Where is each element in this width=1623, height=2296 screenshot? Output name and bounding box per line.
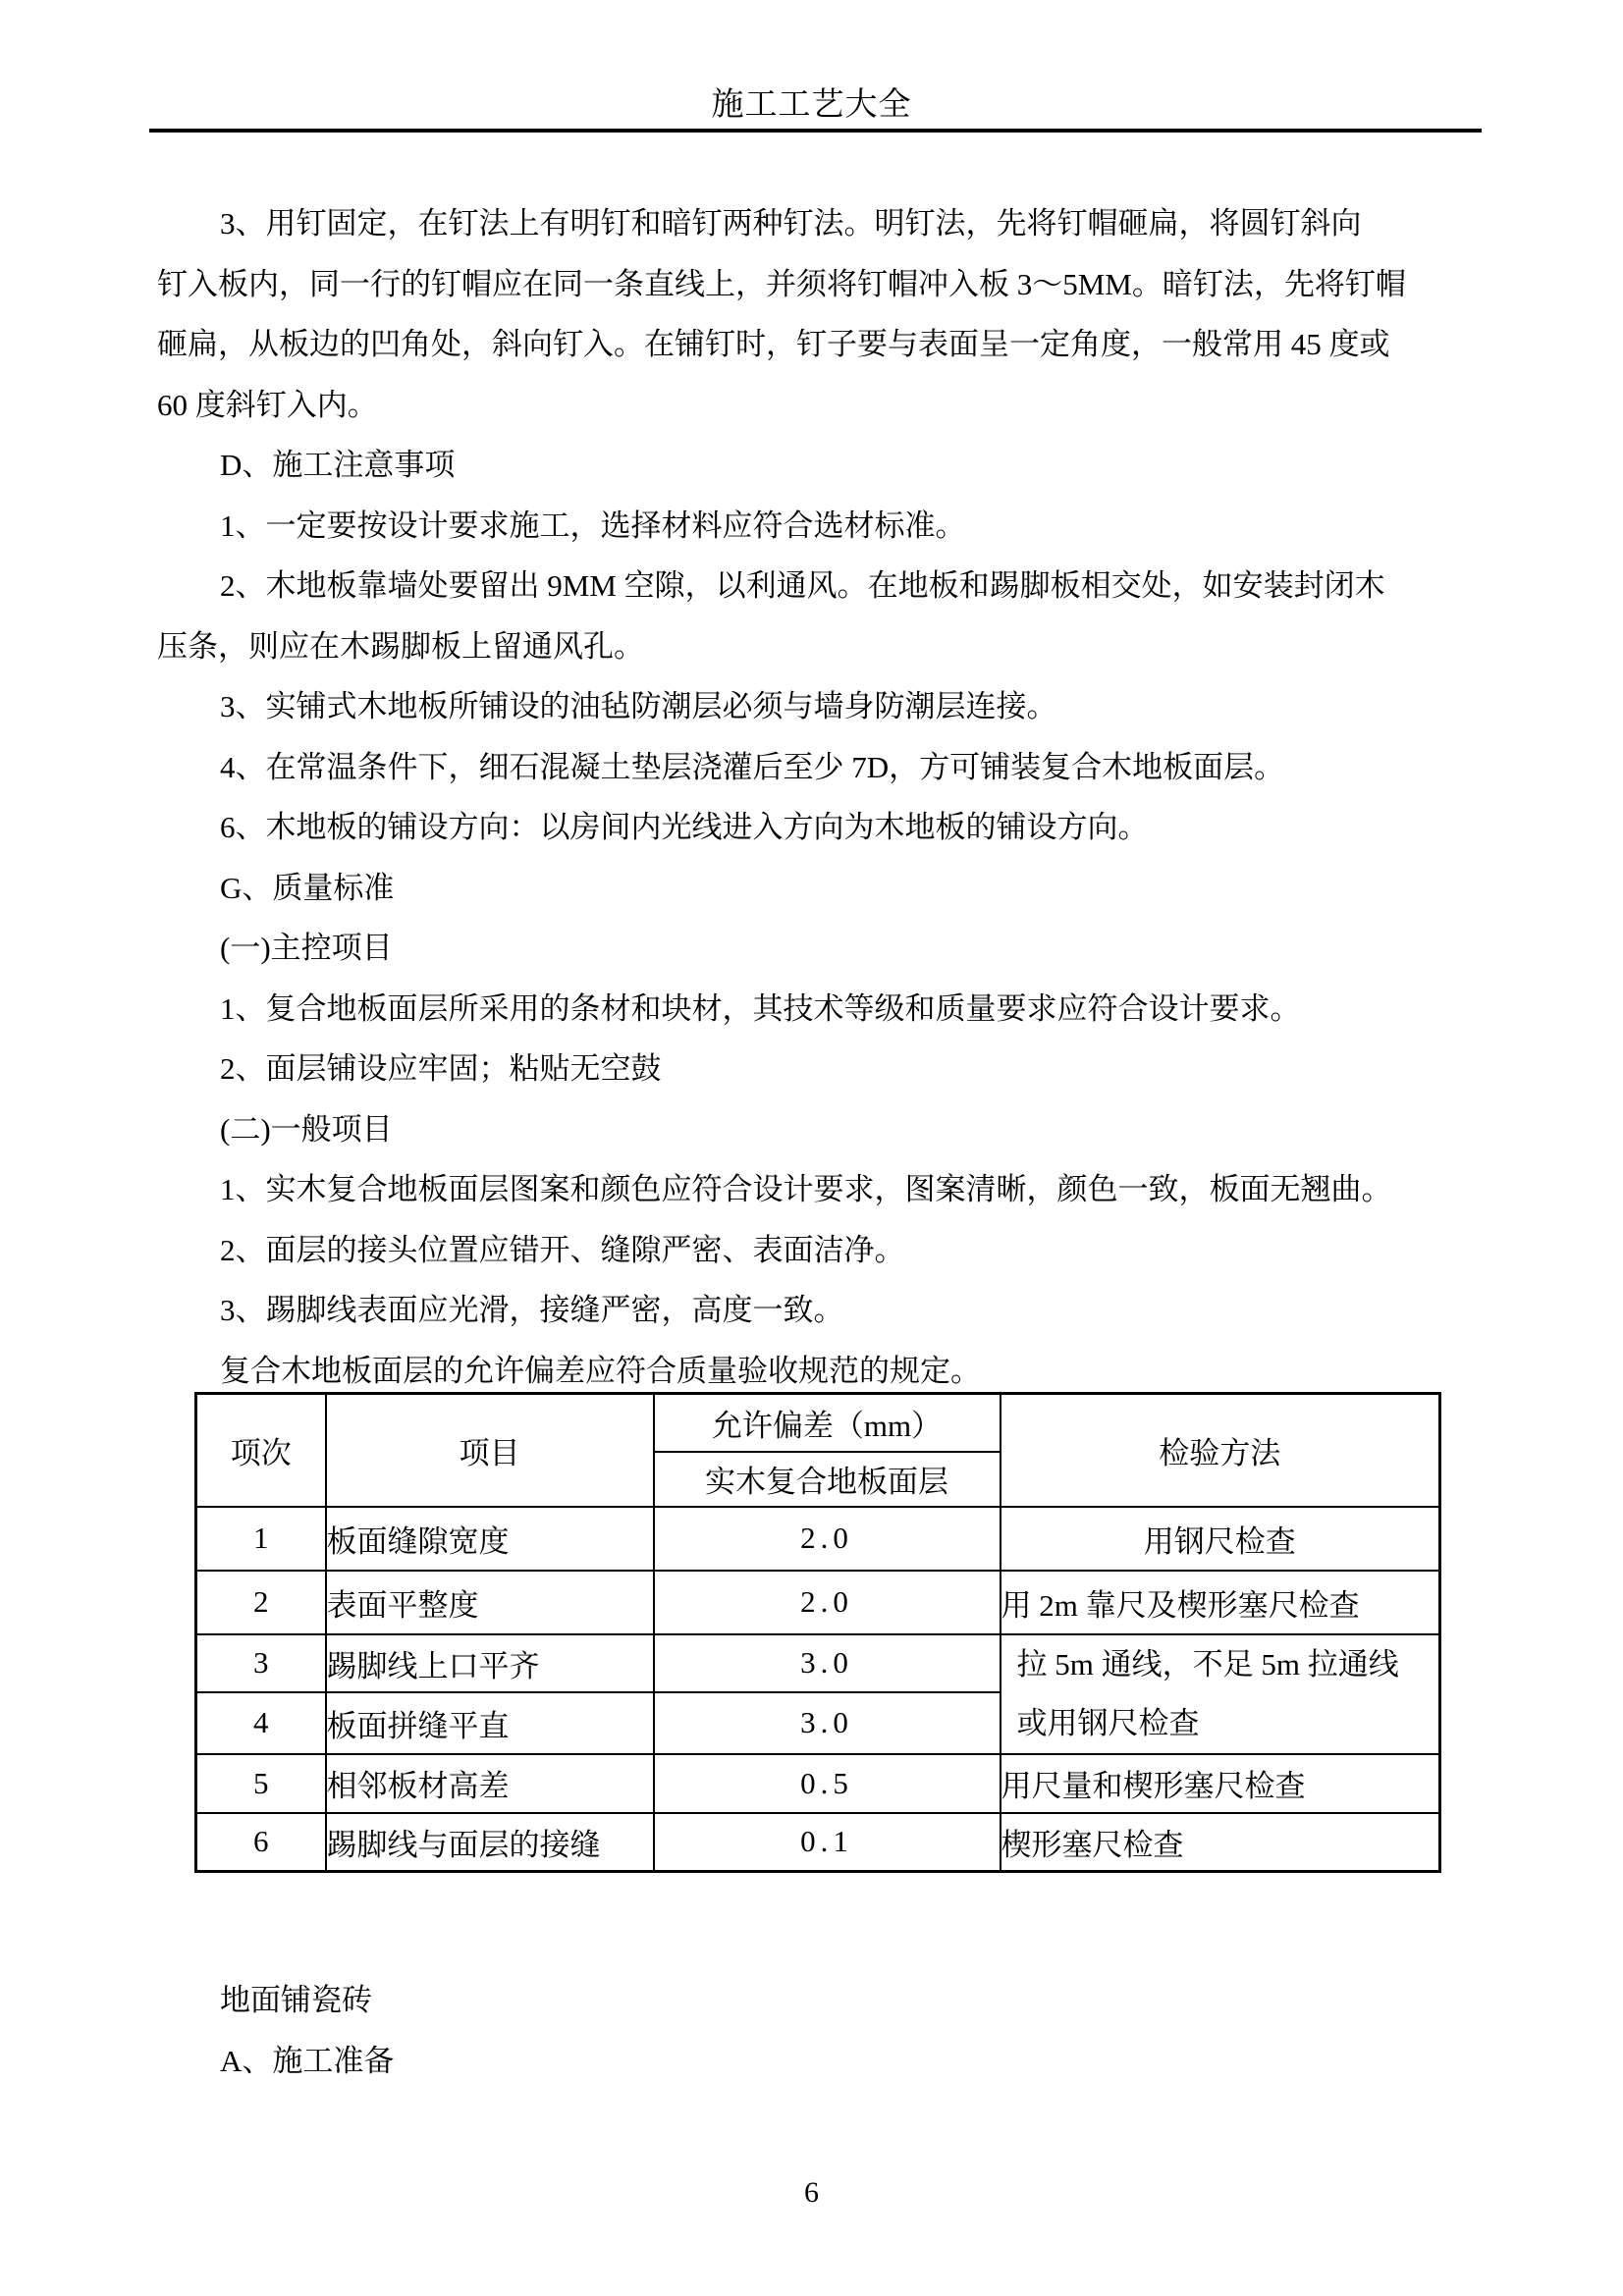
text-line: 3、踢脚线表面应光滑，接缝严密，高度一致。 <box>157 1280 1492 1341</box>
cell-item-no: 4 <box>196 1692 326 1753</box>
page-title: 施工工艺大全 <box>0 84 1623 126</box>
text-line: 压条，则应在木踢脚板上留通风孔。 <box>157 616 1492 677</box>
text-line: 3、实铺式木地板所铺设的油毡防潮层必须与墙身防潮层连接。 <box>157 676 1492 737</box>
cell-deviation: 2.0 <box>654 1507 1001 1571</box>
cell-method-line: 或用钢尺检查 <box>1001 1693 1439 1753</box>
text-line: 1、实木复合地板面层图案和颜色应符合设计要求，图案清晰，颜色一致，板面无翘曲。 <box>157 1159 1492 1220</box>
cell-item: 相邻板材高差 <box>326 1754 654 1813</box>
cell-item: 板面缝隙宽度 <box>326 1507 654 1571</box>
cell-method-merged: 拉 5m 通线，不足 5m 拉通线 或用钢尺检查 <box>1001 1634 1440 1754</box>
text-line: 4、在常温条件下，细石混凝土垫层浇灌后至少 7D，方可铺装复合木地板面层。 <box>157 737 1492 798</box>
text-line: 地面铺瓷砖 <box>157 1970 1492 2031</box>
cell-method: 楔形塞尺检查 <box>1001 1813 1440 1872</box>
th-allowed-deviation: 允许偏差（mm） <box>654 1394 1001 1452</box>
table-row: 5 相邻板材高差 0.5 用尺量和楔形塞尺检查 <box>196 1754 1440 1813</box>
th-deviation-sub: 实木复合地板面层 <box>654 1452 1001 1507</box>
cell-method: 用尺量和楔形塞尺检查 <box>1001 1754 1440 1813</box>
text-line: 1、一定要按设计要求施工，选择材料应符合选材标准。 <box>157 496 1492 557</box>
tolerance-table: 项次 项目 允许偏差（mm） 检验方法 实木复合地板面层 1 板面缝隙宽度 2.… <box>194 1392 1441 1873</box>
cell-deviation: 3.0 <box>654 1692 1001 1753</box>
th-item-no: 项次 <box>196 1394 326 1507</box>
table-row: 6 踢脚线与面层的接缝 0.1 楔形塞尺检查 <box>196 1813 1440 1872</box>
table-row: 2 表面平整度 2.0 用 2m 靠尺及楔形塞尺检查 <box>196 1571 1440 1634</box>
text-line: 砸扁，从板边的凹角处，斜向钉入。在铺钉时，钉子要与表面呈一定角度，一般常用 45… <box>157 314 1492 375</box>
text-line: 6、木地板的铺设方向：以房间内光线进入方向为木地板的铺设方向。 <box>157 797 1492 858</box>
cell-item-no: 3 <box>196 1634 326 1693</box>
cell-item-no: 6 <box>196 1813 326 1872</box>
text-line: D、施工注意事项 <box>157 435 1492 496</box>
text-line: 钉入板内，同一行的钉帽应在同一条直线上，并须将钉帽冲入板 3～5MM。暗钉法，先… <box>157 254 1492 315</box>
table-row: 1 板面缝隙宽度 2.0 用钢尺检查 <box>196 1507 1440 1571</box>
text-line: A、施工准备 <box>157 2031 1492 2092</box>
text-line: 2、面层铺设应牢固；粘贴无空鼓 <box>157 1039 1492 1099</box>
text-line: 2、面层的接头位置应错开、缝隙严密、表面洁净。 <box>157 1220 1492 1281</box>
table-row: 3 踢脚线上口平齐 3.0 拉 5m 通线，不足 5m 拉通线 或用钢尺检查 <box>196 1634 1440 1693</box>
document-page: 施工工艺大全 3、用钉固定，在钉法上有明钉和暗钉两种钉法。明钉法，先将钉帽砸扁，… <box>0 0 1623 2296</box>
cell-item-no: 1 <box>196 1507 326 1571</box>
table-header-row-top: 项次 项目 允许偏差（mm） 检验方法 <box>196 1394 1440 1452</box>
cell-item: 表面平整度 <box>326 1571 654 1634</box>
cell-deviation: 2.0 <box>654 1571 1001 1634</box>
cell-deviation: 0.1 <box>654 1813 1001 1872</box>
th-item: 项目 <box>326 1394 654 1507</box>
cell-item-no: 5 <box>196 1754 326 1813</box>
text-line: G、质量标准 <box>157 858 1492 919</box>
cell-method-line: 拉 5m 通线，不足 5m 拉通线 <box>1001 1635 1439 1693</box>
text-line: (二)一般项目 <box>157 1099 1492 1160</box>
cell-item: 板面拼缝平直 <box>326 1692 654 1753</box>
text-line: (一)主控项目 <box>157 918 1492 979</box>
cell-item: 踢脚线与面层的接缝 <box>326 1813 654 1872</box>
text-line: 1、复合地板面层所采用的条材和块材，其技术等级和质量要求应符合设计要求。 <box>157 979 1492 1040</box>
th-inspection-method: 检验方法 <box>1001 1394 1440 1507</box>
cell-item-no: 2 <box>196 1571 326 1634</box>
header-divider <box>149 129 1482 133</box>
text-line: 60 度斜钉入内。 <box>157 375 1492 436</box>
page-number: 6 <box>0 2172 1623 2214</box>
cell-item: 踢脚线上口平齐 <box>326 1634 654 1693</box>
body-text: 3、用钉固定，在钉法上有明钉和暗钉两种钉法。明钉法，先将钉帽砸扁，将圆钉斜向钉入… <box>157 193 1492 1401</box>
text-line: 3、用钉固定，在钉法上有明钉和暗钉两种钉法。明钉法，先将钉帽砸扁，将圆钉斜向 <box>157 193 1492 254</box>
cell-method: 用钢尺检查 <box>1001 1507 1440 1571</box>
text-line: 2、木地板靠墙处要留出 9MM 空隙，以利通风。在地板和踢脚板相交处，如安装封闭… <box>157 556 1492 616</box>
cell-method: 用 2m 靠尺及楔形塞尺检查 <box>1001 1571 1440 1634</box>
cell-deviation: 0.5 <box>654 1754 1001 1813</box>
cell-deviation: 3.0 <box>654 1634 1001 1693</box>
footer-text: 地面铺瓷砖A、施工准备 <box>157 1970 1492 2091</box>
